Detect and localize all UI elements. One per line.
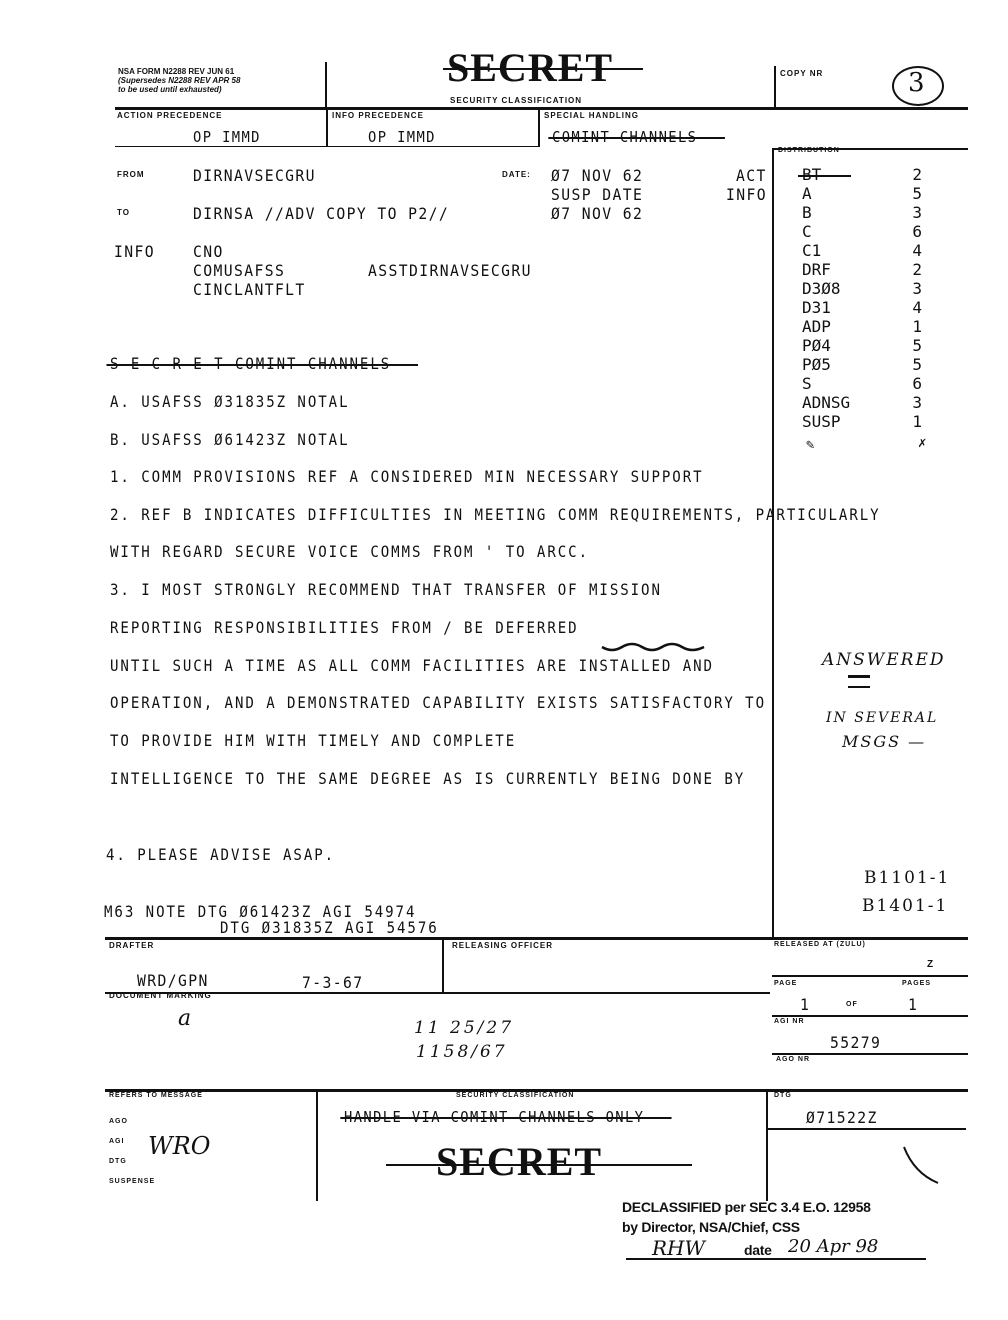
info-label-right: INFO [726, 185, 767, 204]
distribution-row: BT2 [802, 165, 922, 184]
distribution-row: C6 [802, 222, 922, 241]
ago-nr-label: AGO NR [776, 1056, 810, 1063]
handwritten-msgs: MSGS — [842, 732, 926, 751]
divider [772, 1053, 968, 1055]
body-line-6: UNTIL SUCH A TIME AS ALL COMM FACILITIES… [110, 656, 714, 675]
refers-suspense-label: SUSPENSE [109, 1178, 155, 1185]
body-line-9: INTELLIGENCE TO THE SAME DEGREE AS IS CU… [110, 769, 745, 788]
drafter-label: DRAFTER [109, 941, 154, 950]
security-classification-label-bottom: SECURITY CLASSIFICATION [456, 1092, 574, 1099]
divider [328, 146, 540, 147]
copy-nr-value: 3 [908, 68, 925, 98]
to-value: DIRNSA //ADV COPY TO P2// [193, 204, 449, 223]
declassified-date-value: 20 Apr 98 [788, 1236, 878, 1257]
declassified-line-2: by Director, NSA/Chief, CSS [622, 1219, 800, 1235]
refers-ago-label: AGO [109, 1118, 128, 1125]
agi-nr-value: 55279 [830, 1033, 881, 1052]
divider [316, 1091, 318, 1201]
released-at-label: RELEASED AT (ZULU) [774, 941, 866, 948]
declassified-signature: RHW [652, 1236, 705, 1260]
page-label: PAGE [774, 980, 797, 987]
divider [326, 108, 328, 146]
classification-bottom: SECRET [436, 1138, 602, 1185]
handwritten-underline [848, 675, 870, 688]
drafter-date: 7-3-67 [302, 973, 363, 992]
page-value: 1 [800, 995, 810, 1014]
refers-agi-label: AGI [109, 1138, 124, 1145]
security-classification-label-top: SECURITY CLASSIFICATION [450, 96, 582, 105]
drafter-value: WRD/GPN [137, 971, 209, 990]
signature-line [626, 1258, 926, 1260]
document-marking-label: DOCUMENT MARKING [109, 991, 212, 1000]
form-id-line3: to be used until exhausted) [118, 85, 240, 94]
divider [772, 975, 968, 977]
handwritten-answered: ANSWERED [822, 650, 946, 670]
action-precedence-label: ACTION PRECEDENCE [117, 111, 222, 120]
handwritten-mark-icon: ✗ [918, 435, 926, 451]
divider [774, 66, 776, 108]
refers-dtg-label: DTG [109, 1158, 127, 1165]
of-label: OF [846, 1001, 858, 1008]
pages-value: 1 [908, 995, 918, 1014]
body-para-4: 4. PLEASE ADVISE ASAP. [106, 845, 335, 864]
handle-via-text: HANDLE VIA COMINT CHANNELS ONLY [344, 1108, 644, 1126]
from-label: FROM [117, 170, 145, 179]
info-precedence-label: INFO PRECEDENCE [332, 111, 424, 120]
refers-initials: WRO [148, 1132, 210, 1160]
note-line-2: DTG Ø31835Z AGI 54576 [220, 918, 439, 937]
distribution-row: S6 [802, 374, 922, 393]
refers-to-message-label: REFERS TO MESSAGE [109, 1092, 203, 1099]
released-at-value: Z [927, 959, 934, 970]
reference-a: A. USAFSS Ø31835Z NOTAL [110, 392, 349, 411]
distribution-row: D3Ø83 [802, 279, 922, 298]
dtg-label: DTG [774, 1092, 792, 1099]
date-value: Ø7 NOV 62 [551, 166, 643, 185]
divider [115, 146, 328, 147]
form-id-line2: (Supersedes N2288 REV APR 58 [118, 76, 240, 85]
body-line-3: WITH REGARD SECURE VOICE COMMS FROM ' TO… [110, 542, 589, 561]
form-identifier: NSA FORM N2288 REV JUN 61 (Supersedes N2… [118, 67, 240, 94]
body-line-4: 3. I MOST STRONGLY RECOMMEND THAT TRANSF… [110, 580, 662, 599]
susp-date-value: Ø7 NOV 62 [551, 204, 643, 223]
divider [772, 1015, 968, 1017]
classification-top: SECRET [447, 44, 613, 91]
divider [538, 108, 540, 146]
doc-marking-hand-3: 1158/67 [416, 1042, 508, 1062]
handwritten-b-ref-2: B1401-1 [862, 896, 948, 916]
distribution-list: BT2 A5 B3 C6 C14 DRF2 D3Ø83 D314 ADP1 PØ… [802, 165, 922, 431]
act-label: ACT [736, 166, 767, 185]
body-classification-line: S E C R E T COMINT CHANNELS [110, 354, 391, 373]
releasing-officer-label: RELEASING OFFICER [452, 941, 553, 950]
distribution-row: B3 [802, 203, 922, 222]
wavy-underline-icon [600, 638, 710, 657]
reference-b: B. USAFSS Ø61423Z NOTAL [110, 430, 349, 449]
divider [766, 1128, 966, 1130]
declassified-line-1: DECLASSIFIED per SEC 3.4 E.O. 12958 [622, 1199, 871, 1215]
agi-nr-label: AGI NR [774, 1018, 805, 1025]
divider [325, 62, 327, 107]
from-value: DIRNAVSECGRU [193, 166, 316, 185]
body-line-2: 2. REF B INDICATES DIFFICULTIES IN MEETI… [110, 505, 881, 524]
info-value-3: CINCLANTFLT [193, 280, 306, 299]
distribution-divider [772, 148, 774, 938]
special-handling-label: SPECIAL HANDLING [544, 111, 639, 120]
distribution-row: ADNSG3 [802, 393, 922, 412]
divider [766, 1091, 768, 1201]
doc-marking-hand-2: 11 25/27 [414, 1018, 514, 1038]
distribution-row: ADP1 [802, 317, 922, 336]
handwritten-mark-icon: ✎ [806, 437, 814, 453]
distribution-row: DRF2 [802, 260, 922, 279]
handwritten-several: IN SEVERAL [826, 710, 938, 726]
body-line-1: 1. COMM PROVISIONS REF A CONSIDERED MIN … [110, 467, 704, 486]
divider [115, 107, 968, 110]
body-line-7: OPERATION, AND A DEMONSTRATED CAPABILITY… [110, 693, 766, 712]
susp-date-label: SUSP DATE [551, 185, 643, 204]
info-value-1: CNO [193, 242, 224, 261]
info-extra: ASSTDIRNAVSECGRU [368, 261, 532, 280]
date-label: DATE: [502, 170, 531, 179]
doc-marking-hand-1: a [178, 1006, 191, 1031]
form-id-line1: NSA FORM N2288 REV JUN 61 [118, 67, 240, 76]
copy-nr-label: COPY NR [780, 69, 823, 78]
distribution-row: PØ55 [802, 355, 922, 374]
info-value-2: COMUSAFSS [193, 261, 285, 280]
distribution-row: C14 [802, 241, 922, 260]
to-label: TO [117, 208, 130, 217]
action-precedence-value: OP IMMD [193, 128, 261, 146]
dtg-value: Ø71522Z [806, 1108, 878, 1127]
body-line-8: TO PROVIDE HIM WITH TIMELY AND COMPLETE [110, 731, 516, 750]
info-label: INFO [114, 242, 155, 261]
pages-label: PAGES [902, 980, 931, 987]
distribution-row: SUSP1 [802, 412, 922, 431]
distribution-row: D314 [802, 298, 922, 317]
declassified-date-label: date [744, 1242, 772, 1258]
divider [105, 937, 968, 940]
handwritten-b-ref-1: B1101-1 [864, 868, 950, 888]
info-precedence-value: OP IMMD [368, 128, 436, 146]
distribution-row: PØ45 [802, 336, 922, 355]
body-line-5: REPORTING RESPONSIBILITIES FROM / BE DEF… [110, 618, 579, 637]
distribution-label: DISTRIBUTION [778, 147, 840, 154]
handwritten-stroke-icon [902, 1145, 942, 1191]
special-handling-value: COMINT CHANNELS [552, 128, 697, 146]
divider [442, 939, 444, 993]
distribution-row: A5 [802, 184, 922, 203]
